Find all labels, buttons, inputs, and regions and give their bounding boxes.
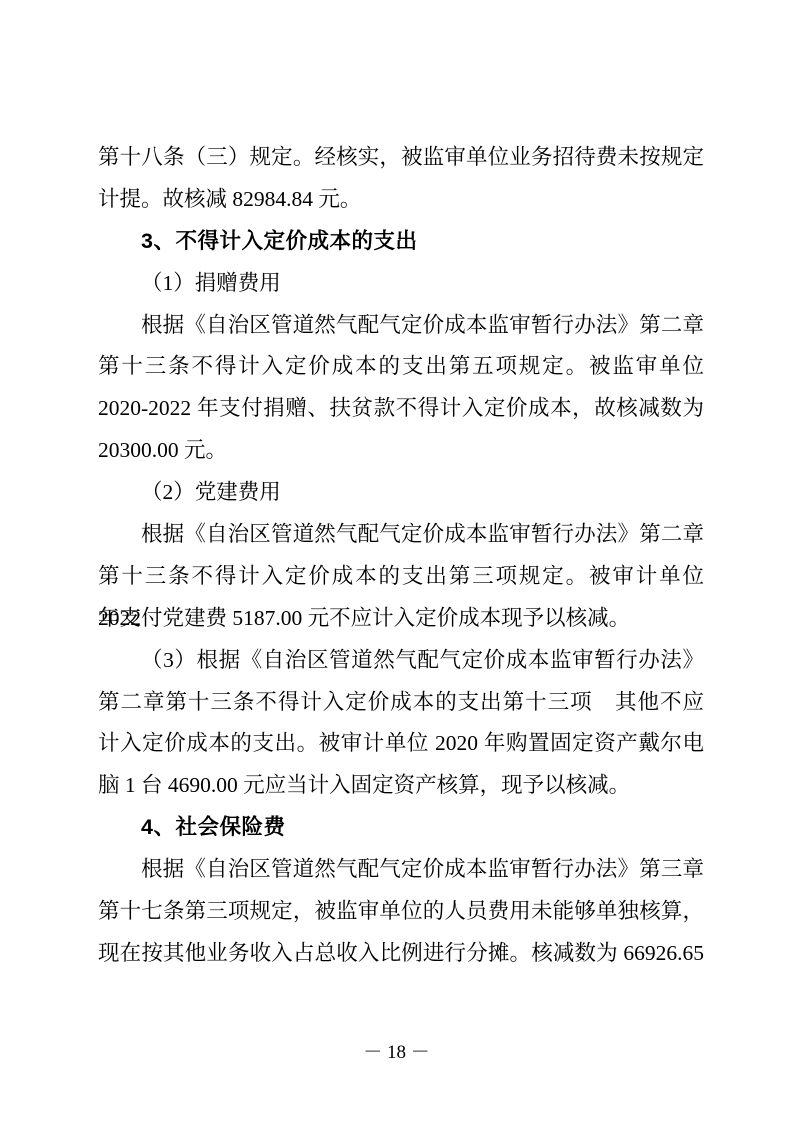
section-heading-3: 3、不得计入定价成本的支出: [98, 221, 704, 263]
text-line: 年支付党建费 5187.00 元不应计入定价成本现予以核减。: [98, 598, 704, 640]
section-heading-4: 4、社会保险费: [98, 807, 704, 849]
text-line: 计入定价成本的支出。被审计单位 2020 年购置固定资产戴尔电: [98, 723, 704, 765]
text-line: 2020-2022 年支付捐赠、扶贫款不得计入定价成本，故核减数为: [98, 388, 704, 430]
text-line: 第十三条不得计入定价成本的支出第三项规定。被审计单位 2022: [98, 556, 704, 598]
subsection-heading-3: （3）根据《自治区管道然气配气定价成本监审暂行办法》: [98, 640, 704, 682]
body-text: 第十八条（三）规定。经核实，被监审单位业务招待费未按规定 计提。故核减 8298…: [98, 137, 704, 975]
document-page: 第十八条（三）规定。经核实，被监审单位业务招待费未按规定 计提。故核减 8298…: [0, 0, 793, 1122]
text-line: 现在按其他业务收入占总收入比例进行分摊。核减数为 66926.65: [98, 933, 704, 975]
page-number: － 18 －: [0, 1040, 793, 1066]
text-line: 根据《自治区管道然气配气定价成本监审暂行办法》第二章: [98, 305, 704, 347]
text-line: 第十七条第三项规定，被监审单位的人员费用未能够单独核算，: [98, 891, 704, 933]
subsection-heading-2: （2）党建费用: [98, 472, 704, 514]
subsection-heading-1: （1）捐赠费用: [98, 263, 704, 305]
text-line: 第二章第十三条不得计入定价成本的支出第十三项 其他不应: [98, 682, 704, 724]
text-line: 计提。故核减 82984.84 元。: [98, 179, 704, 221]
text-line: 第十八条（三）规定。经核实，被监审单位业务招待费未按规定: [98, 137, 704, 179]
text-line: 20300.00 元。: [98, 430, 704, 472]
text-line: 根据《自治区管道然气配气定价成本监审暂行办法》第三章: [98, 849, 704, 891]
text-line: 第十三条不得计入定价成本的支出第五项规定。被监审单位: [98, 346, 704, 388]
text-line: 根据《自治区管道然气配气定价成本监审暂行办法》第二章: [98, 514, 704, 556]
text-line: 脑 1 台 4690.00 元应当计入固定资产核算，现予以核减。: [98, 765, 704, 807]
